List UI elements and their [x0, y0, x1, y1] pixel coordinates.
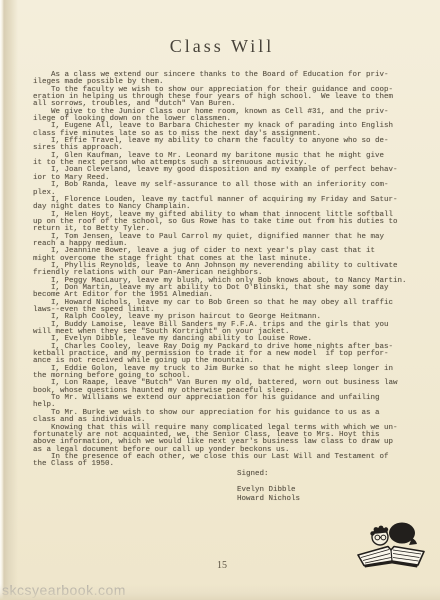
class-will-text: As a class we extend our sincere thanks … — [33, 72, 415, 469]
text-line: I, Bob Randa, leave my self-assurance to… — [33, 182, 415, 189]
signature-name: Evelyn Dibble — [237, 486, 300, 494]
text-line: To Mr. Williams we extend our appreciati… — [33, 395, 415, 402]
scanned-yearbook-page: Class Will As a class we extend our sinc… — [0, 0, 440, 600]
signed-label: Signed: — [237, 470, 300, 478]
watermark-text: skcsyearbook.com — [2, 582, 126, 598]
text-line: the Class of 1950. — [33, 461, 415, 468]
signature-block: Signed: Evelyn Dibble Howard Nichols — [237, 470, 300, 503]
page-number: 15 — [33, 560, 411, 571]
signature-name: Howard Nichols — [237, 495, 300, 503]
page-title: Class Will — [33, 36, 411, 57]
